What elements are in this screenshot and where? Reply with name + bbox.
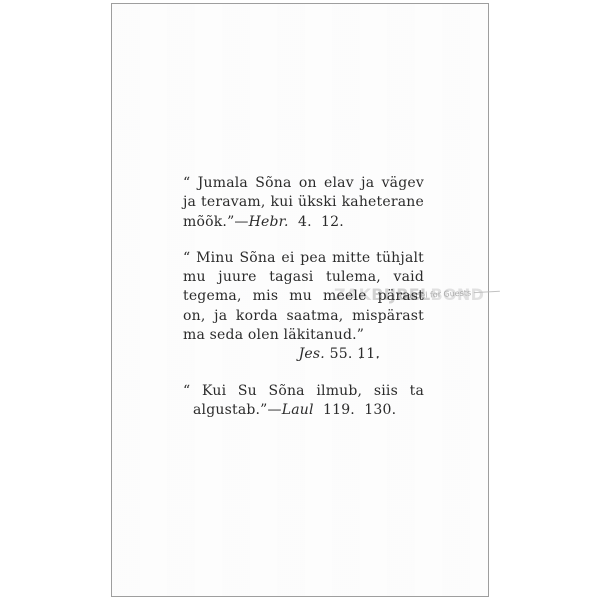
quote-line: algustab.”—Laul 119. 130. <box>183 401 424 420</box>
quote-line: ja teravam, kui ükski kaheterane <box>183 193 424 212</box>
quote-line: “ Jumala Sõna on elav ja vägev <box>183 174 424 193</box>
watermark-strike-line <box>474 291 500 293</box>
quote-line: mu juure tagasi tulema, vaid <box>183 268 424 287</box>
scripture-reference: Hebr. <box>249 214 289 230</box>
quote-text: tegema, mis mu meele pärast <box>183 288 424 304</box>
ditto-marks: ’ ’ <box>359 354 385 367</box>
quote-line: “ Minu Sõna ei pea mitte tühjalt <box>183 249 424 268</box>
quote-text: ma seda olen läkitanud.” <box>183 327 364 343</box>
quote-text: “ Jumala Sõna on elav ja vägev <box>183 175 424 191</box>
quote-text: ja teravam, kui ükski kaheterane <box>183 194 424 210</box>
scripture-reference: Laul <box>282 402 314 418</box>
quote-text: 119. 130. <box>314 402 397 418</box>
isaiah-quote: “ Minu Sõna ei pea mitte tühjaltmu juure… <box>183 249 424 365</box>
quote-line: ma seda olen läkitanud.” <box>183 326 424 345</box>
quote-line: Jes. 55. 11. <box>183 345 424 364</box>
quote-text: “ Minu Sõna ei pea mitte tühjalt <box>183 250 424 266</box>
quote-text: 4. 12. <box>289 214 344 230</box>
book-page-photo: ZAKBIJBELBOND Gospel for Guests “ Jumala… <box>0 0 600 600</box>
quote-text: on, ja korda saatma, mispärast <box>183 308 424 324</box>
quote-line: on, ja korda saatma, mispärast <box>183 307 424 326</box>
quote-line: tegema, mis mu meele pärast <box>183 287 424 306</box>
book-page: ZAKBIJBELBOND Gospel for Guests “ Jumala… <box>111 3 489 597</box>
quote-line: “ Kui Su Sõna ilmub, siis ta <box>183 382 424 401</box>
quotes-block: “ Jumala Sõna on elav ja vägevja teravam… <box>183 174 424 420</box>
quote-line: mõõk.”—Hebr. 4. 12. <box>183 213 424 232</box>
scripture-reference: Jes. <box>299 346 325 362</box>
quote-text: mu juure tagasi tulema, vaid <box>183 269 424 285</box>
hebrews-quote: “ Jumala Sõna on elav ja vägevja teravam… <box>183 174 424 232</box>
psalm-quote: “ Kui Su Sõna ilmub, siis taalgustab.”—L… <box>183 382 424 421</box>
quote-text: mõõk.”— <box>183 214 249 230</box>
quote-text: “ Kui Su Sõna ilmub, siis ta <box>183 383 424 399</box>
quote-text: algustab.”— <box>193 402 282 418</box>
